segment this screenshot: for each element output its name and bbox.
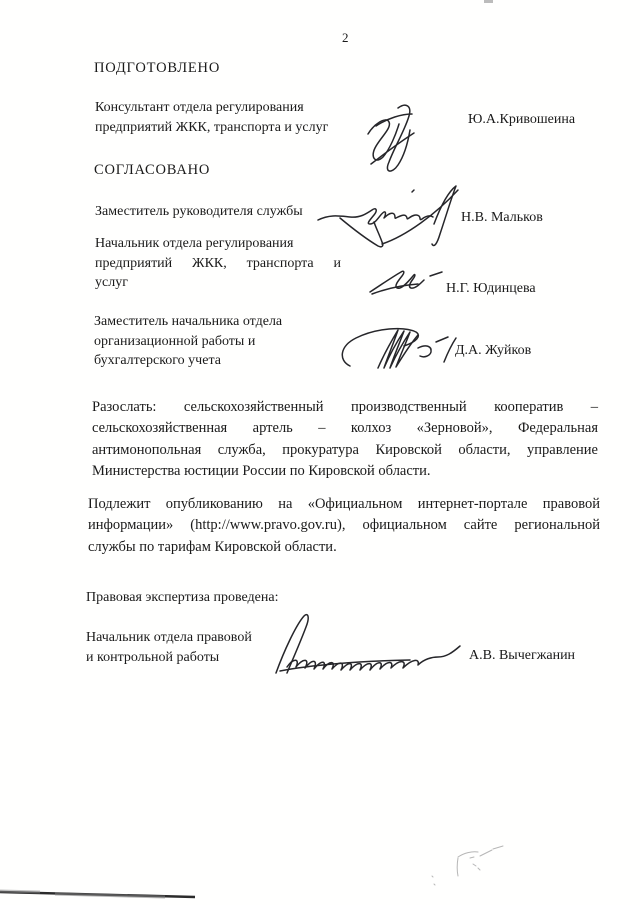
heading-prepared: ПОДГОТОВЛЕНО xyxy=(94,60,220,77)
signatory-name-malkov: Н.В. Мальков xyxy=(461,210,543,226)
title-line: Начальник отдела регулирования xyxy=(95,234,341,254)
scanned-document-page: 2 ПОДГОТОВЛЕНО Консультант отдела регули… xyxy=(0,0,640,905)
signatory-title-consultant: Консультант отдела регулирования предпри… xyxy=(95,98,355,137)
signatory-name-krivosheina: Ю.А.Кривошеина xyxy=(468,112,575,128)
title-line: предприятий ЖКК, транспорта и xyxy=(95,254,341,274)
scan-artifact-pencil-marks xyxy=(415,840,525,902)
signature-vychegzhanin-icon xyxy=(270,613,468,675)
paragraph-line: сельскохозяйственная артель – колхоз «Зе… xyxy=(92,418,598,439)
paragraph-line: Министерства юстиции России по Кировской… xyxy=(92,461,598,482)
scan-artifact-edge-line xyxy=(0,884,220,905)
paragraph-line: службы по тарифам Кировской области. xyxy=(88,537,600,558)
title-line: бухгалтерского учета xyxy=(94,351,334,371)
heading-agreed: СОГЛАСОВАНО xyxy=(94,162,210,179)
title-line: предприятий ЖКК, транспорта и услуг xyxy=(95,118,355,138)
legal-review-heading: Правовая экспертиза проведена: xyxy=(86,588,278,608)
signatory-title-deputy-dept-head: Заместитель начальника отдела организаци… xyxy=(94,312,334,371)
signatory-name-yudintseva: Н.Г. Юдинцева xyxy=(446,281,536,297)
signature-yudintseva-icon xyxy=(368,260,446,300)
signatory-title-dept-head-regulation: Начальник отдела регулирования предприят… xyxy=(95,234,341,293)
signatory-name-vychegzhanin: А.В. Вычегжанин xyxy=(469,648,575,664)
title-line: Консультант отдела регулирования xyxy=(95,98,355,118)
paragraph-line: Разослать: сельскохозяйственный производ… xyxy=(92,397,598,418)
signature-krivosheina-icon xyxy=(356,102,426,174)
publication-paragraph: Подлежит опубликованию на «Официальном и… xyxy=(88,494,600,558)
paragraph-line: Подлежит опубликованию на «Официальном и… xyxy=(88,494,600,515)
title-line: Заместитель начальника отдела xyxy=(94,312,334,332)
signatory-name-zhuykov: Д.А. Жуйков xyxy=(455,343,531,359)
page-number: 2 xyxy=(342,30,349,46)
scan-artifact-top-dash xyxy=(484,0,493,3)
title-line: услуг xyxy=(95,273,341,293)
paragraph-line: антимонопольная служба, прокуратура Киро… xyxy=(92,440,598,461)
signature-zhuykov-icon xyxy=(332,320,462,380)
paragraph-line: информации» (http://www.pravo.gov.ru), о… xyxy=(88,515,600,536)
mailing-list-paragraph: Разослать: сельскохозяйственный производ… xyxy=(92,397,598,483)
title-line: организационной работы и xyxy=(94,332,334,352)
